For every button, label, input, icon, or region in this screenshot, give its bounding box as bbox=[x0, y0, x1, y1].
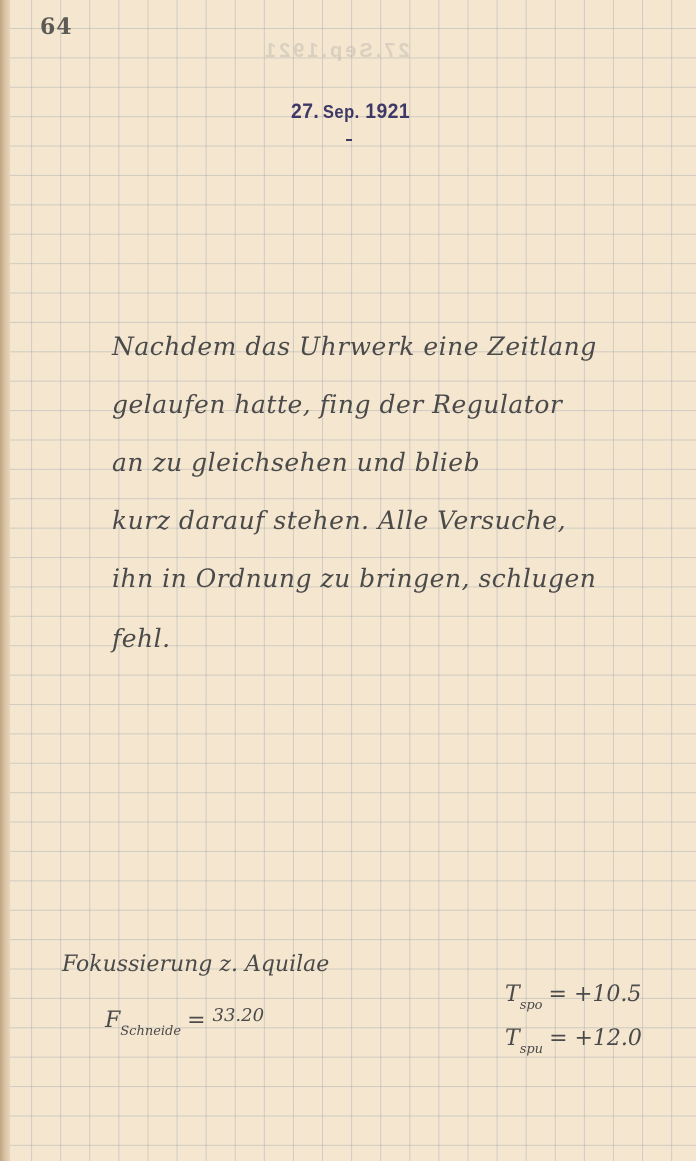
temp-subscript: spo bbox=[520, 998, 543, 1013]
date-stamp-year: 1921 bbox=[365, 100, 410, 123]
date-stamp-day: 27. bbox=[291, 100, 319, 123]
temp-value: +12.0 bbox=[575, 1026, 642, 1051]
page-number: 64 bbox=[40, 14, 73, 40]
entry-line: fehl. bbox=[112, 624, 171, 653]
temperature-formula: Tspo= +10.5 bbox=[505, 982, 641, 1013]
temp-symbol: T bbox=[505, 1026, 520, 1051]
faint-erased-line bbox=[210, 285, 510, 299]
bleed-through-stamp: 27.Sep.1921 bbox=[262, 40, 410, 63]
entry-line: gelaufen hatte, fing der Regulator bbox=[112, 390, 562, 419]
focus-operator: = bbox=[187, 1008, 205, 1033]
temp-symbol: T bbox=[505, 982, 520, 1007]
date-stamp-dash bbox=[346, 139, 352, 141]
focus-formula: FSchneide= 33.20 bbox=[105, 1005, 264, 1039]
entry-line: ihn in Ordnung zu bringen, schlugen bbox=[112, 564, 596, 593]
focus-symbol: F bbox=[105, 1008, 120, 1033]
temperature-formula: Tspu= +12.0 bbox=[505, 1026, 642, 1057]
focus-value: 33.20 bbox=[213, 1005, 265, 1026]
temp-operator: = bbox=[549, 982, 567, 1007]
focus-subscript: Schneide bbox=[120, 1024, 181, 1039]
date-stamp: 27.Sep.1921 bbox=[291, 100, 410, 124]
entry-line: kurz darauf stehen. Alle Versuche, bbox=[112, 506, 566, 535]
entry-line: an zu gleichsehen und blieb bbox=[112, 448, 480, 477]
temp-operator: = bbox=[549, 1026, 567, 1051]
page-binding-edge bbox=[0, 0, 10, 1161]
entry-line: Nachdem das Uhrwerk eine Zeitlang bbox=[112, 332, 597, 361]
temp-subscript: spu bbox=[520, 1042, 543, 1057]
date-stamp-month: Sep. bbox=[323, 102, 360, 122]
temp-value: +10.5 bbox=[574, 982, 641, 1007]
notes-heading: Fokussierung z. Aquilae bbox=[62, 952, 329, 977]
